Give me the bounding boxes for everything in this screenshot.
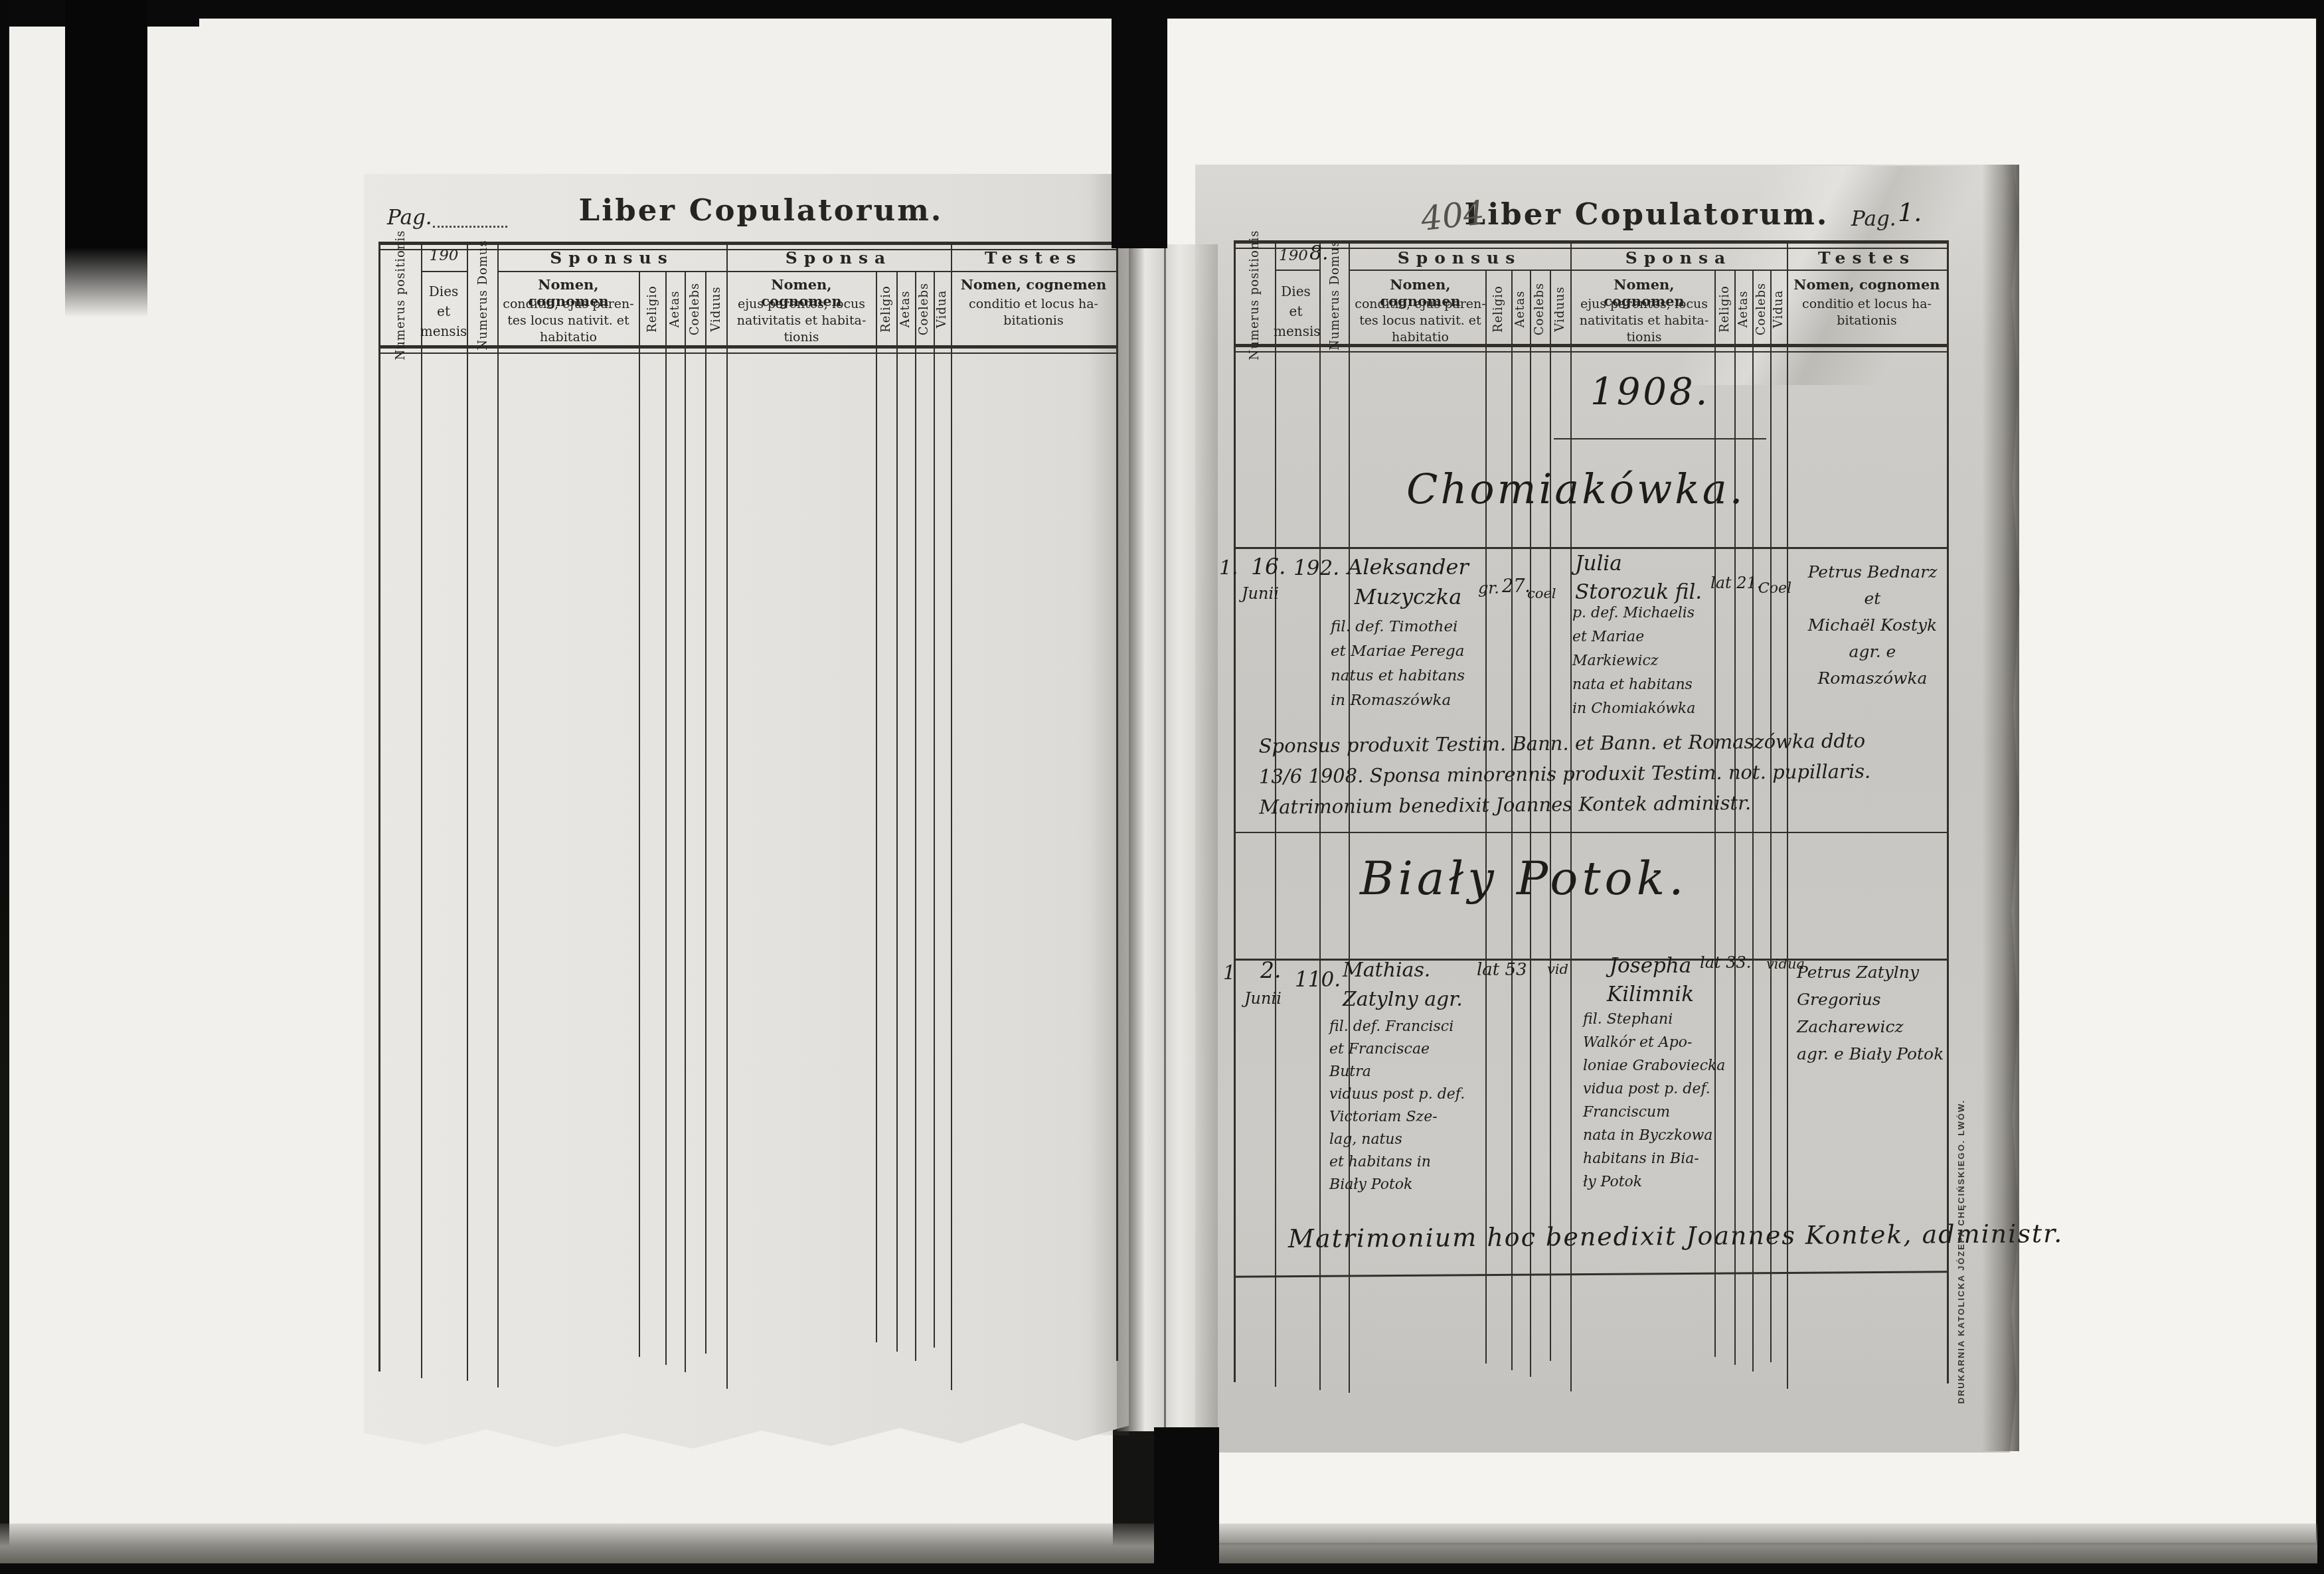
col-label: Numerus positionis	[394, 230, 408, 360]
col-numerus-positionis-right: Numerus positionis	[1235, 246, 1274, 344]
column-line	[467, 242, 468, 1381]
testes-names: Petrus Bednarz et Michaël Kostyk agr. e …	[1793, 559, 1952, 692]
col-label: Coelebs	[1754, 282, 1768, 335]
col-religio-sponsa-right: Religio	[1714, 274, 1734, 344]
table-rule	[1234, 351, 1947, 353]
col-label: Coelebs	[918, 282, 932, 335]
col-coelebs-sponsus-right: Coelebs	[1530, 274, 1550, 344]
sponsa-details: fil. Stephani Walkór et Apo- loniae Grab…	[1583, 1008, 1739, 1194]
film-notch	[65, 0, 147, 317]
column-line	[378, 242, 380, 1372]
sponsus-details: fil. def. Francisci et Franciscae Butra …	[1329, 1016, 1489, 1196]
year-suffix-handwritten: 8.	[1309, 242, 1329, 265]
entry-month: Junii	[1242, 584, 1279, 603]
column-line	[497, 242, 499, 1387]
sponsus-aetas-value: lat 53	[1477, 960, 1527, 980]
column-line	[1116, 242, 1118, 1361]
left-page	[364, 174, 1129, 1449]
film-right-edge	[2317, 0, 2324, 1574]
group-testes-right: Testes	[1787, 248, 1947, 268]
col-dies-et-mensis-right: Dies et mensis	[1274, 281, 1318, 341]
sponsa-status-value: Coel	[1758, 580, 1791, 597]
year-prefix-left: 190	[421, 247, 467, 264]
sponsus-details: fil. def. Timothei et Mariae Perega natu…	[1331, 615, 1487, 713]
testes-desc-right: conditio et locus ha- bitationis	[1791, 296, 1943, 329]
column-line	[705, 271, 706, 1354]
sponsus-religio-value: gr.	[1478, 579, 1499, 597]
archival-number: 404	[1419, 193, 1486, 238]
year-heading: 1908.	[1590, 370, 1710, 414]
col-coelebs-sponsa-left: Coelebs	[915, 274, 934, 344]
column-line	[915, 271, 916, 1361]
group-sponsus-left: Sponsus	[497, 248, 726, 268]
sponsus-status-value: coel	[1527, 586, 1556, 601]
group-sponsa-left: Sponsa	[726, 248, 951, 268]
section-heading-bialy-potok: Biały Potok.	[1360, 851, 1687, 905]
col-label: Religio	[1491, 285, 1505, 333]
pag-label-right: Pag.	[1851, 207, 1896, 231]
col-label: Numerus Domus	[1328, 240, 1342, 350]
column-line	[665, 271, 667, 1365]
entry-house-number: 192.	[1293, 556, 1339, 580]
col-religio-sponsus-right: Religio	[1485, 274, 1511, 344]
column-line	[1234, 240, 1236, 1382]
pag-label-left: Pag.	[387, 206, 432, 230]
col-religio-sponsa-left: Religio	[876, 274, 896, 344]
column-line	[421, 242, 422, 1378]
scanned-register-photo: Pag. Liber Copulatorum. Numerus position…	[0, 0, 2324, 1574]
pag-number: 1.	[1898, 198, 1922, 227]
entry-note: Matrimonium hoc benedixit Joannes Kontek…	[1288, 1219, 2064, 1253]
sponsus-name: Aleksander Muzyczka	[1333, 552, 1483, 612]
film-top-bar	[0, 0, 2324, 18]
section-rule	[1234, 832, 1947, 833]
testes-nomen-label-right: Nomen, cognomen	[1789, 276, 1944, 293]
col-label: Viduus	[709, 286, 723, 331]
section-rule	[1234, 547, 1947, 549]
section-heading-chomiakowka: Chomiakówka.	[1406, 465, 1746, 513]
sponsus-name: Mathias. Zatylny agr.	[1343, 956, 1485, 1014]
col-label: Vidua	[1772, 289, 1785, 327]
film-left-edge	[0, 0, 8, 1095]
entry-day: 2.	[1260, 957, 1282, 983]
col-label: Aetas	[1736, 290, 1750, 327]
col-aetas-sponsus-right: Aetas	[1511, 274, 1530, 344]
entry-month: Junii	[1244, 989, 1282, 1008]
col-coelebs-sponsa-right: Coelebs	[1752, 274, 1770, 344]
sponsus-aetas-value: 27.	[1502, 576, 1531, 597]
col-aetas-sponsus-left: Aetas	[665, 274, 685, 344]
col-dies-et-mensis-left: Dies et mensis	[418, 281, 469, 341]
gutter-gap-top	[1112, 17, 1167, 248]
col-religio-sponsus-left: Religio	[639, 274, 665, 344]
col-label: Aetas	[1514, 290, 1528, 327]
table-rule	[497, 271, 1116, 272]
testes-desc-left: conditio et locus ha- bitationis	[956, 296, 1111, 329]
col-vidua-sponsa-right: Vidua	[1770, 274, 1787, 344]
page-title-right: Liber Copulatorum.	[1461, 197, 1833, 232]
testes-names: Petrus Zatylny Gregorius Zacharewicz agr…	[1797, 959, 1956, 1067]
col-viduus-sponsus-left: Viduus	[705, 274, 726, 344]
col-aetas-sponsa-right: Aetas	[1734, 274, 1752, 344]
sponsus-desc-right: conditio, ejus paren- tes locus nativit.…	[1350, 296, 1491, 346]
sponsa-details: p. def. Michaelis et Mariae Markiewicz n…	[1572, 601, 1722, 721]
col-vidua-sponsa-left: Vidua	[934, 274, 951, 344]
page-title-left: Liber Copulatorum.	[575, 193, 947, 228]
column-line	[726, 242, 728, 1389]
col-aetas-sponsa-left: Aetas	[896, 274, 915, 344]
printer-imprint-text: DRUKARNIA KATOLICKA JÓZEFA CHĘCIŃSKIEGO.…	[1956, 1099, 1966, 1403]
entry-position: 1	[1223, 961, 1235, 984]
printer-imprint: DRUKARNIA KATOLICKA JÓZEFA CHĘCIŃSKIEGO.…	[1953, 1095, 1968, 1407]
group-sponsus-right: Sponsus	[1349, 248, 1570, 268]
column-line	[876, 271, 877, 1342]
column-line	[1530, 270, 1531, 1377]
col-label: Vidua	[936, 289, 950, 327]
sponsa-aetas-value: lat 33.	[1700, 953, 1751, 972]
col-label: Viduus	[1553, 286, 1567, 331]
sponsa-aetas-value: lat 21.	[1710, 574, 1762, 592]
sponsa-name: Julia Storozuk fil.	[1575, 550, 1728, 607]
entry-house-number: 110.	[1295, 968, 1341, 992]
column-line	[685, 271, 686, 1372]
column-line	[639, 271, 640, 1357]
column-line	[1752, 270, 1754, 1372]
col-label: Religio	[645, 285, 659, 333]
testes-nomen-label-left: Nomen, cognemen	[955, 276, 1112, 293]
col-label: Aetas	[668, 290, 682, 327]
entry-position: 1.	[1219, 556, 1238, 580]
col-numerus-positionis-left: Numerus positionis	[380, 246, 421, 344]
table-rule	[378, 353, 1116, 354]
col-coelebs-sponsus-left: Coelebs	[685, 274, 705, 344]
col-label: Coelebs	[688, 282, 702, 335]
table-rule	[1275, 270, 1319, 271]
sponsa-name: Josepha Kilimnik	[1586, 952, 1715, 1009]
sponsus-desc-left: conditio, ejus paren- tes locus nativit.…	[499, 296, 638, 346]
table-rule	[1349, 270, 1947, 271]
entry-day: 16.	[1251, 554, 1286, 580]
col-numerus-domus-left: Numerus Domus	[468, 246, 497, 344]
col-label: Coelebs	[1533, 282, 1547, 335]
col-label: Religio	[879, 285, 893, 333]
group-testes-left: Testes	[951, 248, 1116, 268]
sponsus-status-value: vid	[1547, 961, 1568, 977]
year-underline	[1554, 438, 1766, 439]
column-line	[934, 271, 935, 1348]
entry-note: Sponsus produxit Testim. Bann. et Bann. …	[1258, 724, 1969, 822]
sponsa-desc-right: ejus parentes, locus nativitatis et habi…	[1573, 296, 1715, 346]
col-label: Aetas	[899, 290, 913, 327]
pag-dotted-line-left	[433, 210, 507, 228]
column-line	[896, 271, 898, 1352]
col-viduus-sponsus-right: Viduus	[1550, 274, 1570, 344]
col-label: Religio	[1718, 285, 1732, 333]
col-label: Numerus positionis	[1248, 230, 1262, 360]
film-bottom-bar	[0, 1563, 2324, 1574]
column-line	[951, 242, 952, 1390]
gutter-gap-bottom	[1154, 1427, 1219, 1567]
group-sponsa-right: Sponsa	[1570, 248, 1787, 268]
col-label: Numerus Domus	[476, 240, 490, 350]
sponsa-desc-left: ejus parentes, locus nativitatis et habi…	[729, 296, 874, 346]
year-prefix-right: 190	[1279, 247, 1308, 264]
table-rule	[421, 271, 467, 272]
